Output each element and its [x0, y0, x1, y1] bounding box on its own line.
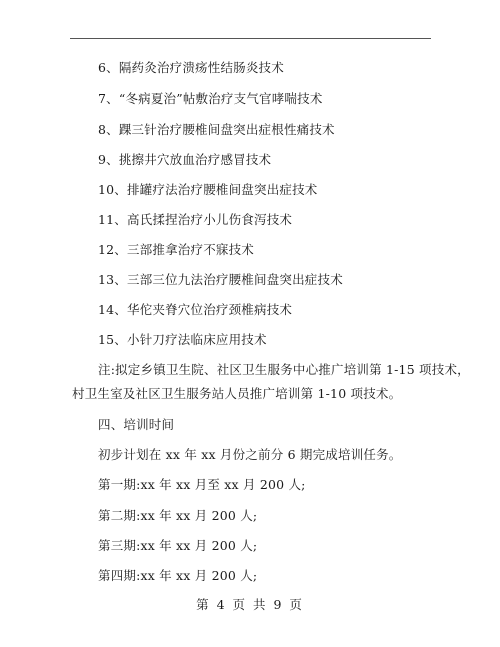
plan-paragraph: 初步计划在 xx 年 xx 月份之前分 6 期完成培训任务。	[98, 447, 402, 463]
section-heading: 四、培训时间	[98, 417, 174, 433]
list-item: 9、挑擦井穴放血治疗感冒技术	[98, 152, 271, 168]
phase-item: 第二期:xx 年 xx 月 200 人;	[98, 508, 257, 524]
phase-item: 第一期:xx 年 xx 月至 xx 月 200 人;	[98, 477, 306, 493]
note-paragraph-line2: 村卫生室及社区卫生服务站人员推广培训第 1-10 项技术。	[72, 386, 401, 402]
page-indicator: 第 4 页 共 9 页	[0, 595, 500, 613]
phase-item: 第三期:xx 年 xx 月 200 人;	[98, 538, 257, 554]
list-item: 6、隔药灸治疗溃疡性结肠炎技术	[98, 60, 284, 76]
list-item: 14、华佗夹脊穴位治疗颈椎病技术	[98, 302, 292, 318]
header-rule	[70, 38, 431, 39]
list-item: 13、三部三位九法治疗腰椎间盘突出症技术	[98, 272, 343, 288]
phase-item: 第四期:xx 年 xx 月 200 人;	[98, 568, 257, 584]
list-item: 7、“冬病夏治”帖敷治疗支气官哮喘技术	[98, 91, 323, 107]
list-item: 11、高氏揉捏治疗小儿伤食泻技术	[98, 212, 292, 228]
list-item: 12、三部推拿治疗不寐技术	[98, 242, 254, 258]
list-item: 15、小针刀疗法临床应用技术	[98, 332, 267, 348]
note-paragraph-line1: 注:拟定乡镇卫生院、社区卫生服务中心推广培训第 1-15 项技术，	[98, 362, 470, 378]
list-item: 10、排罐疗法治疗腰椎间盘突出症技术	[98, 182, 318, 198]
list-item: 8、踝三针治疗腰椎间盘突出症根性痛技术	[98, 122, 335, 138]
